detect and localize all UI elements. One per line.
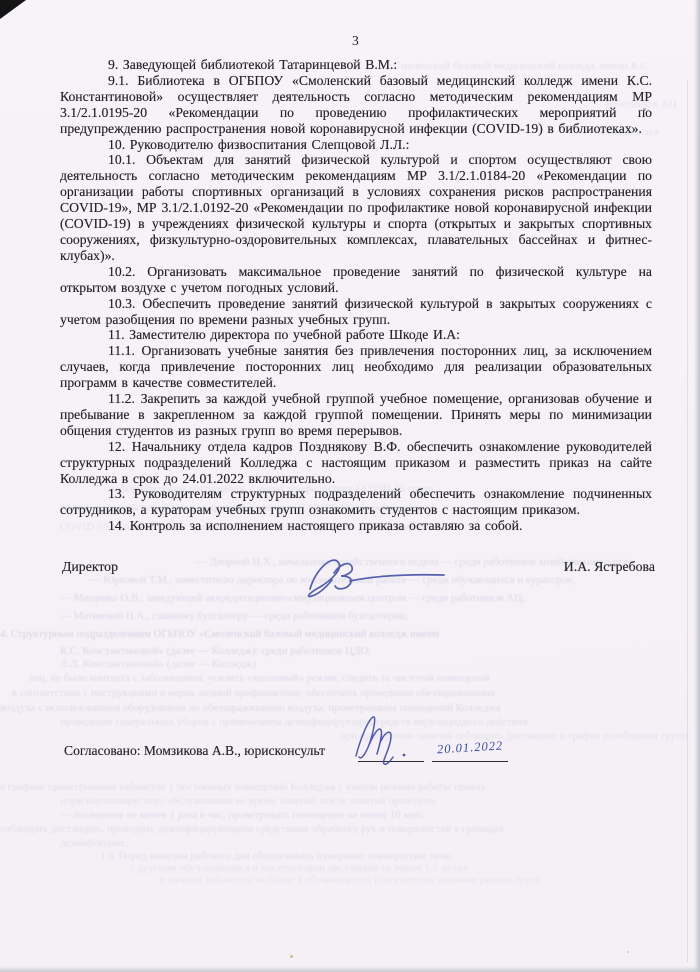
bleed-through-line: соблюдать дистанцию, проводить дезинфици… (0, 823, 698, 835)
document-body: 9. Заведующей библиотекой Татаринцевой В… (60, 57, 652, 554)
scan-speck (627, 951, 629, 953)
bleed-through-line: в соответствии с инструкциями о мерах ли… (12, 687, 684, 699)
date-underline (432, 761, 508, 762)
scan-bottom-edge (0, 966, 700, 972)
bleed-through-line: — Матвеевой Н.А., главному бухгалтеру — … (60, 610, 510, 622)
bleed-through-line: в графике проветривания кабинетов 1 пост… (0, 781, 698, 793)
paragraph: 10.1. Объектам для занятий физической ку… (60, 152, 652, 263)
paragraph: 13. Руководителям структурных подразделе… (60, 486, 652, 518)
bleed-through-line: в личных кабинетах не более 1 обучающего… (160, 874, 640, 886)
approval-date-handwriting: 20.01.2022 (437, 738, 518, 758)
bleed-through-line: — посещение не менее 1 раза в час, прове… (60, 809, 660, 821)
scan-speck (290, 955, 293, 958)
jurist-signature-handwriting (350, 710, 422, 770)
bleed-through-line: воздуха с использованием оборудования по… (0, 702, 696, 714)
scanned-document-page: «Смоленский базовый медицинский колледж … (0, 0, 700, 972)
paragraph: 11. Заместителю директора по учебной раб… (60, 327, 652, 343)
director-name: И.А. Ястребова (564, 559, 655, 575)
scan-right-edge (694, 0, 700, 972)
page-number: 3 (352, 33, 359, 49)
scan-corner-artifact (0, 0, 26, 19)
paragraph: 14. Контроль за исполнением настоящего п… (60, 518, 652, 534)
bleed-through-line: К.С. Константиновой» (далее — Колледж): … (60, 645, 490, 657)
bleed-through-line: 4. Структурным подразделениям ОГБПОУ «См… (0, 628, 560, 640)
approval-label: Согласовано: Момзикова А.В., юрисконсуль… (64, 743, 325, 759)
paragraph: 9. Заведующей библиотекой Татаринцевой В… (60, 57, 652, 73)
paragraph: 12. Начальнику отдела кадров Позднякову … (60, 439, 652, 487)
bleed-through-line: Л.Л. Константиновой» (далее — Колледж) (60, 658, 360, 670)
director-label: Директор (62, 559, 118, 575)
paragraph: 11.1. Организовать учебные занятия без п… (60, 343, 652, 391)
bleed-through-line: дезинфекциях; (60, 837, 260, 849)
bleed-through-line: норм коронавирусного обслуживания во вре… (60, 795, 620, 807)
bleed-through-line: 1.6. Перед началом рабочего дня обеспечи… (100, 850, 620, 862)
bleed-through-line: с другими обучающимися и посетителями ди… (130, 862, 590, 874)
paper-edge-shadow (687, 80, 688, 962)
paragraph: 10.3. Обеспечить проведение занятий физи… (60, 296, 652, 328)
director-signature-handwriting (296, 549, 448, 607)
paragraph: 10.2. Организовать максимальное проведен… (60, 264, 652, 296)
paragraph: 11.2. Закрепить за каждой учебной группо… (60, 391, 652, 439)
bleed-through-line: лиц, не было контакта с заболевшими; уси… (28, 672, 668, 684)
paragraph: 10. Руководителю физвоспитания Слепцовой… (60, 137, 652, 153)
paragraph: 9.1. Библиотека в ОГБПОУ «Смоленский баз… (60, 73, 652, 137)
